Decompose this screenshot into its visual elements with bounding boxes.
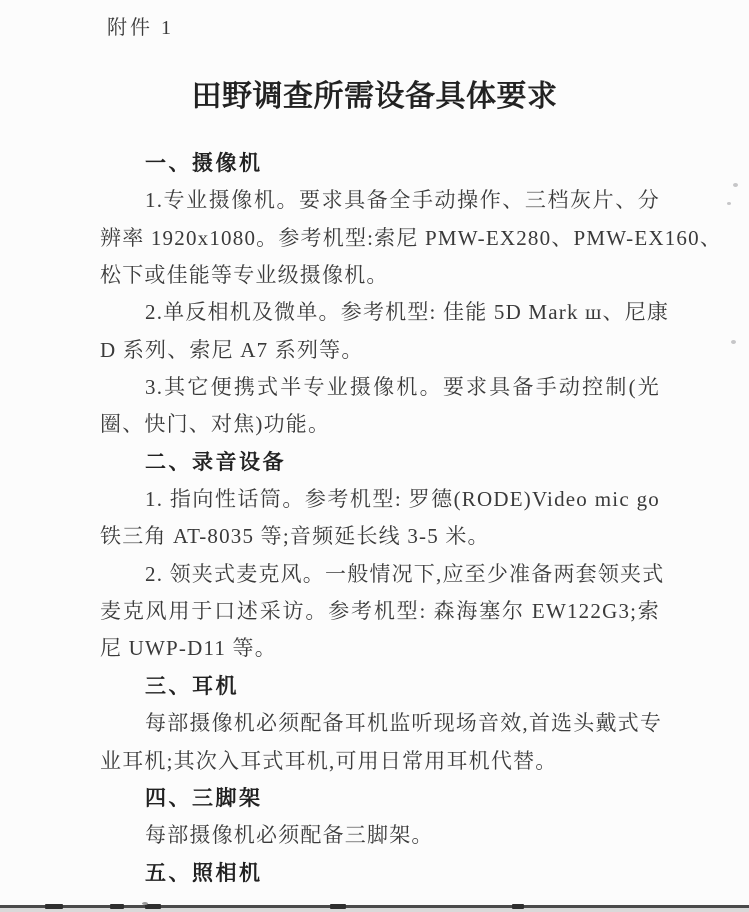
section-heading: 二、录音设备 <box>100 444 660 481</box>
scan-speck <box>727 202 731 205</box>
section-heading: 四、三脚架 <box>100 780 660 817</box>
text-line: 圈、快门、对焦)功能。 <box>100 406 660 443</box>
scanned-document-page: 附件 1 田野调查所需设备具体要求 一、摄像机1.专业摄像机。要求具备全手动操作… <box>0 0 749 912</box>
scan-speck <box>733 183 738 187</box>
text-line: 业耳机;其次入耳式耳机,可用日常用耳机代替。 <box>100 743 660 780</box>
text-line: 1.专业摄像机。要求具备全手动操作、三档灰片、分 <box>100 182 660 219</box>
text-line: 松下或佳能等专业级摄像机。 <box>100 257 660 294</box>
section-heading: 三、耳机 <box>100 668 660 705</box>
scan-artifact <box>45 904 63 909</box>
text-line: 2. 领夹式麦克风。一般情况下,应至少准备两套领夹式 <box>100 556 660 593</box>
scan-speck <box>142 902 148 905</box>
text-line: 每部摄像机必须配备三脚架。 <box>100 817 660 854</box>
section-heading: 五、照相机 <box>100 855 660 892</box>
text-line: 尼 UWP-D11 等。 <box>100 630 660 667</box>
scan-artifact <box>330 904 346 909</box>
text-line: 铁三角 AT-8035 等;音频延长线 3-5 米。 <box>100 518 660 555</box>
document-title: 田野调查所需设备具体要求 <box>0 71 749 115</box>
scan-artifact <box>110 904 124 909</box>
text-line: 3.其它便携式半专业摄像机。要求具备手动控制(光 <box>100 369 660 406</box>
scan-artifact <box>512 904 524 909</box>
scan-artifact <box>145 904 161 909</box>
text-line: D 系列、索尼 A7 系列等。 <box>100 332 660 369</box>
attachment-label: 附件 1 <box>107 11 174 40</box>
text-line: 辨率 1920x1080。参考机型:索尼 PMW-EX280、PMW-EX160… <box>100 220 660 257</box>
text-line: 麦克风用于口述采访。参考机型: 森海塞尔 EW122G3;索 <box>100 593 660 630</box>
document-body-lines: 一、摄像机1.专业摄像机。要求具备全手动操作、三档灰片、分辨率 1920x108… <box>100 145 660 892</box>
text-line: 2.单反相机及微单。参考机型: 佳能 5D Mark ш、尼康 <box>100 294 660 331</box>
text-line: 每部摄像机必须配备耳机监听现场音效,首选头戴式专 <box>100 705 660 742</box>
text-line: 1. 指向性话筒。参考机型: 罗德(RODE)Video mic go <box>100 481 660 518</box>
section-heading: 一、摄像机 <box>100 145 660 182</box>
scan-speck <box>731 340 736 344</box>
